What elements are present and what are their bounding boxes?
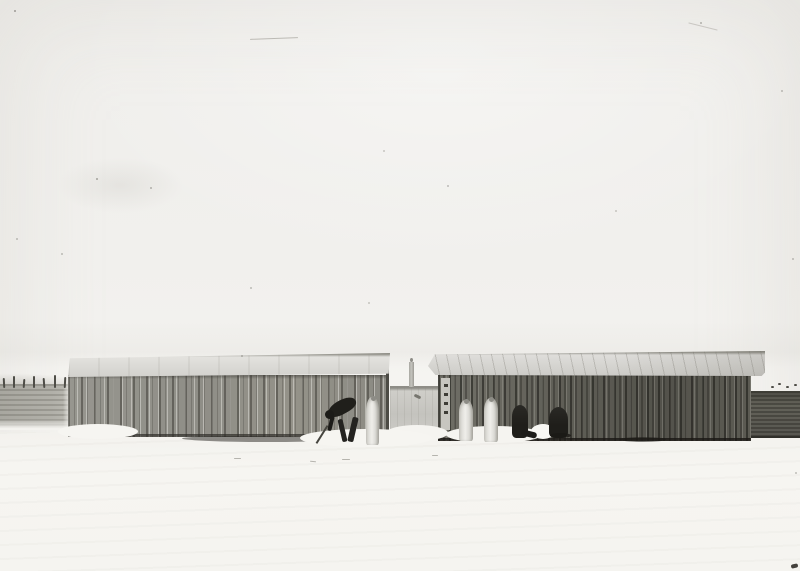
figure-leg: [347, 417, 358, 443]
figure-light-coat: [459, 400, 473, 441]
figure-leg: [337, 419, 347, 443]
gate-jamb-marks: [444, 384, 448, 418]
right-building-roof: [428, 351, 765, 376]
archival-photograph: [0, 0, 800, 571]
figure-light-coat: [484, 398, 498, 442]
snowfield: [0, 432, 800, 571]
fence-post: [23, 379, 26, 388]
fence-post: [3, 378, 6, 388]
figure-bending: [326, 397, 366, 445]
base-shadow: [620, 437, 666, 442]
fence-line: [2, 374, 68, 388]
figure-dark-coat: [512, 405, 528, 438]
snow-track: [342, 459, 350, 460]
snow-track: [432, 455, 438, 456]
fence-post: [13, 376, 15, 388]
fence-post: [33, 376, 35, 388]
fence-post: [54, 375, 56, 388]
snow-drift: [58, 424, 138, 439]
film-grain: [0, 0, 2, 2]
distant-post: [409, 362, 414, 387]
stockade-wall: [750, 391, 800, 438]
snow-track: [234, 458, 241, 459]
fence-post: [64, 377, 67, 388]
snow-bank: [0, 384, 70, 430]
distant-speck: [778, 383, 781, 385]
distant-speck: [786, 386, 789, 388]
figure-dark-coat: [549, 407, 568, 438]
distant-speck: [794, 384, 797, 386]
figure-light-coat: [366, 397, 379, 445]
distant-speck: [771, 386, 774, 388]
fence-post: [43, 378, 46, 388]
